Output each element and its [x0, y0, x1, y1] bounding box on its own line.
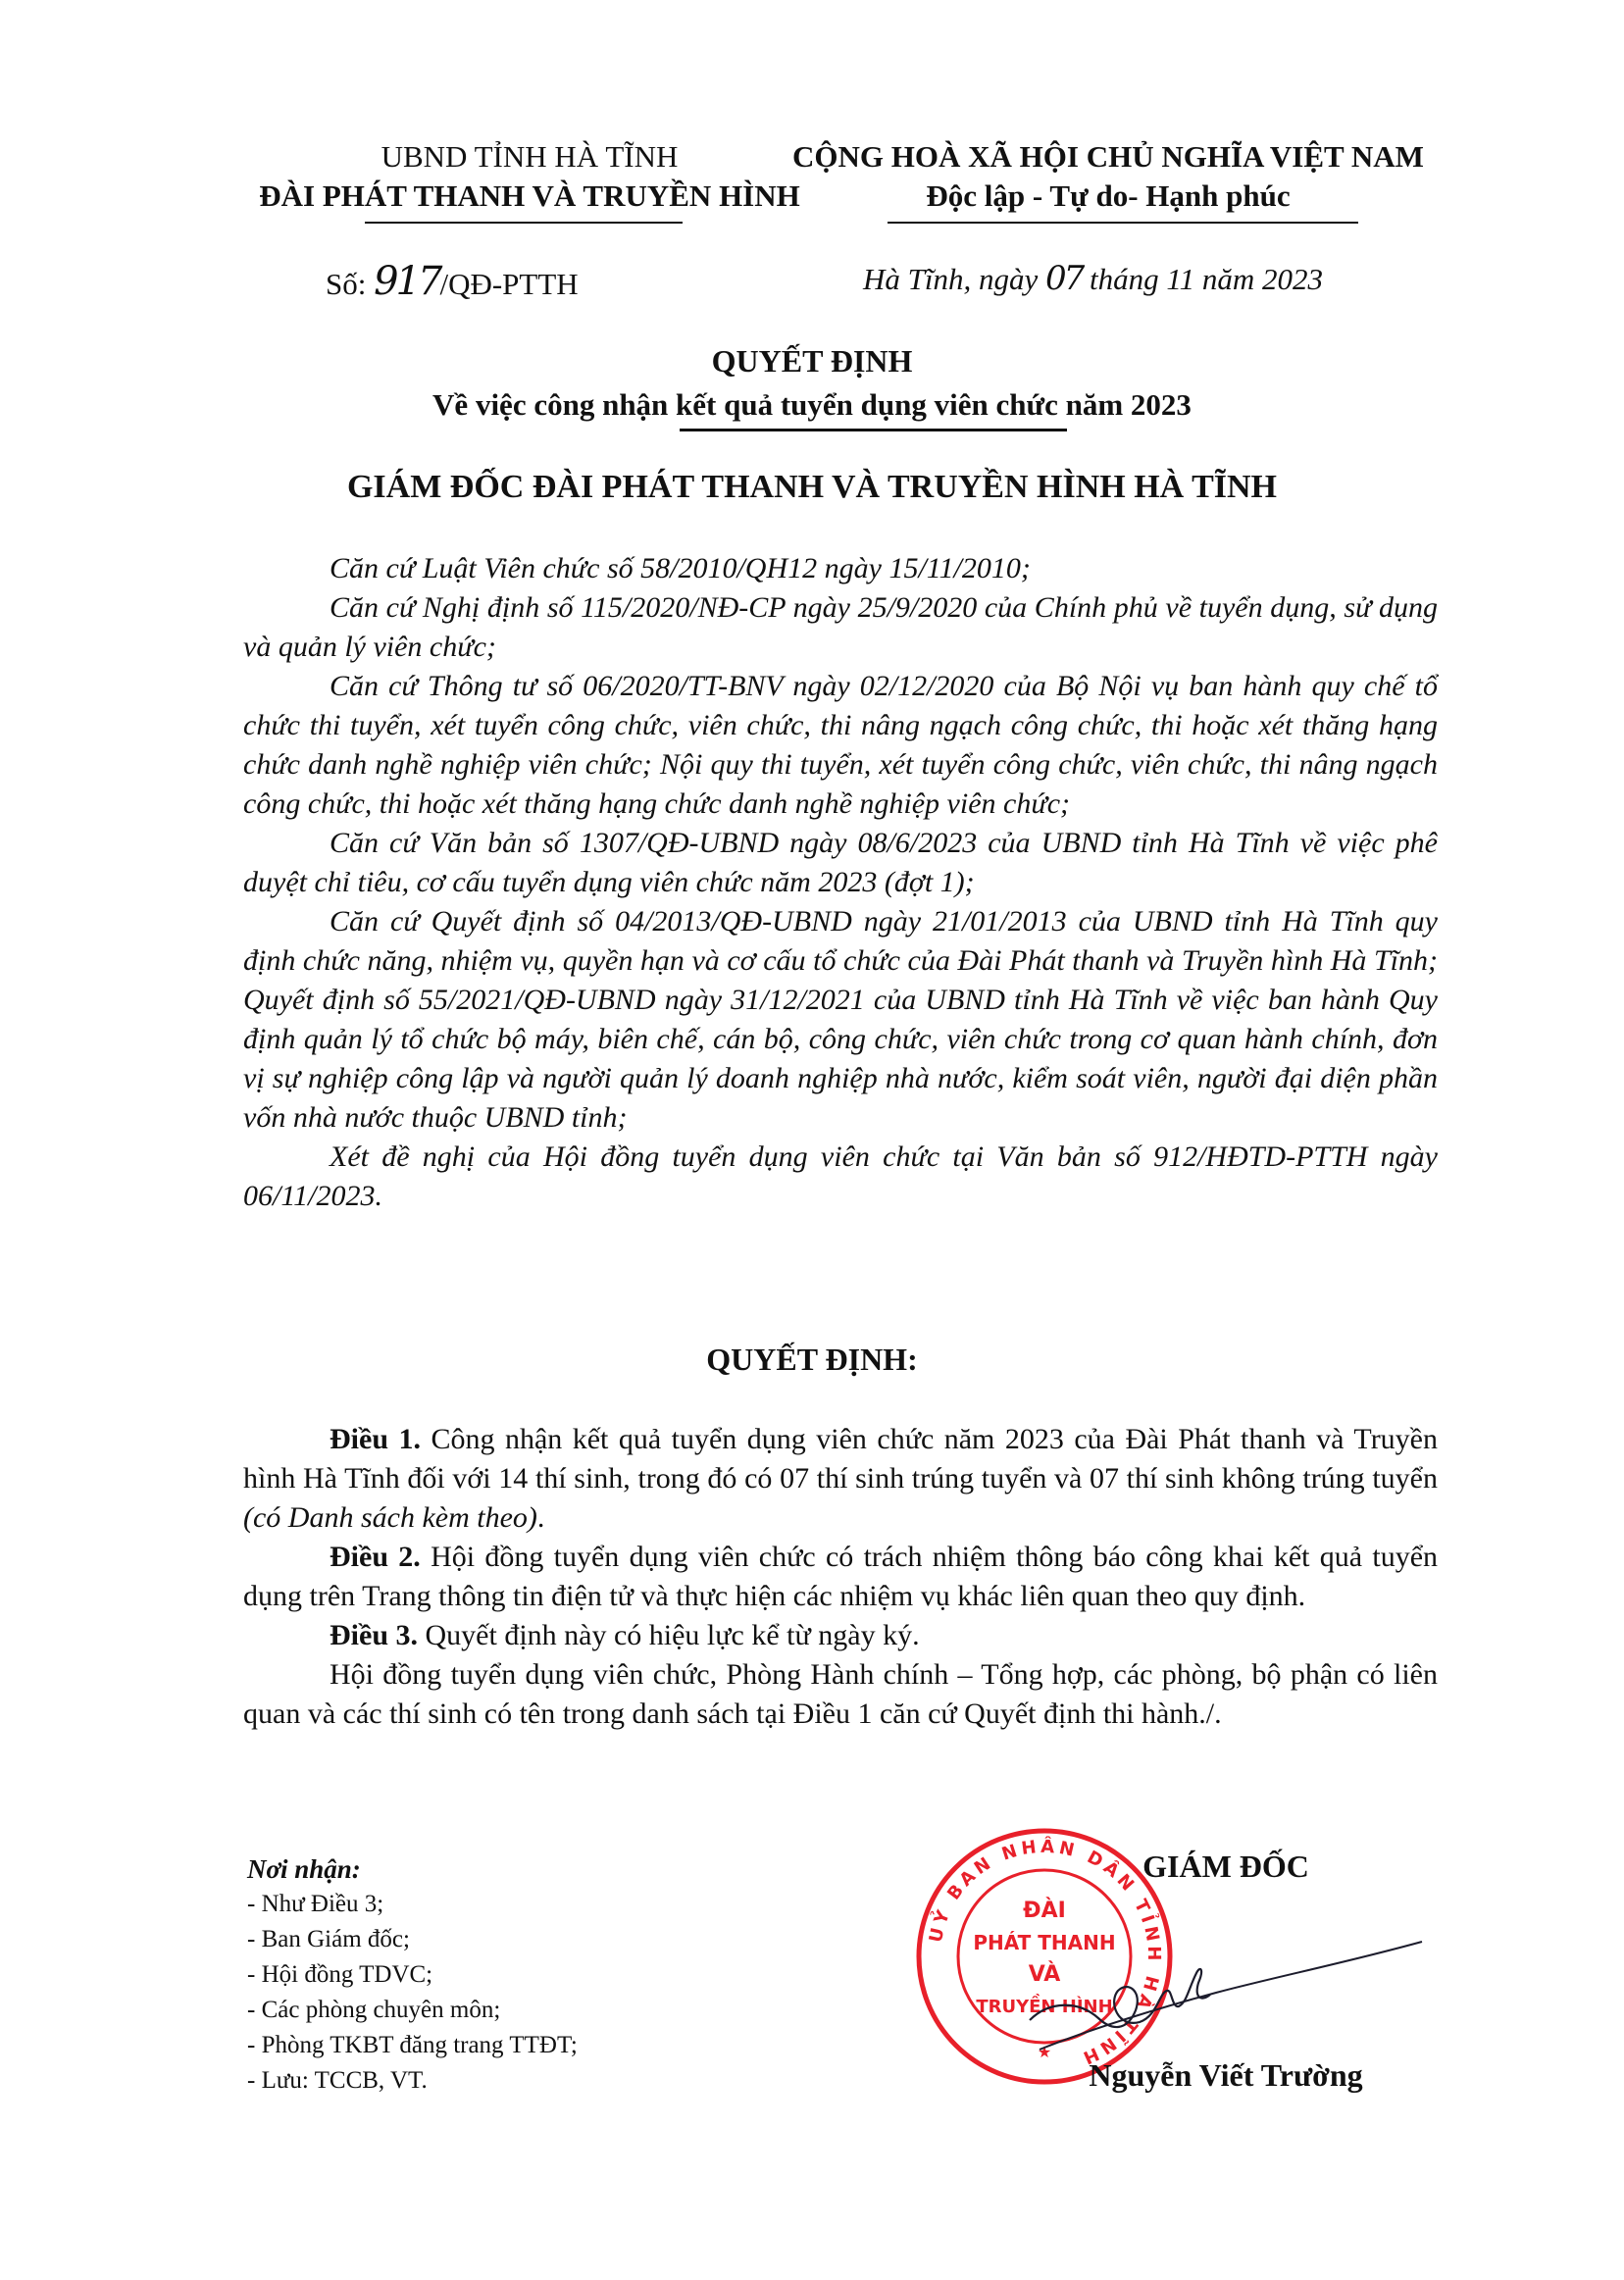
article-note: (có Danh sách kèm theo)	[243, 1501, 537, 1534]
document-number: Số: 917/QĐ-PTTH	[326, 259, 579, 304]
document-number-handwritten: 917	[374, 259, 439, 304]
article-end: .	[537, 1501, 545, 1534]
signer-name: Nguyễn Viết Trường	[971, 2057, 1481, 2094]
legal-basis-item: Căn cứ Quyết định số 04/2013/QĐ-UBND ngà…	[243, 902, 1438, 1138]
recipient-item: - Hội đồng TDVC;	[247, 1957, 578, 1993]
legal-basis-item: Căn cứ Luật Viên chức số 58/2010/QH12 ng…	[243, 549, 1438, 588]
document-date: Hà Tĩnh, ngày 07 tháng 11 năm 2023	[863, 259, 1323, 298]
recipients-block: Nơi nhận: - Như Điều 3; - Ban Giám đốc; …	[247, 1851, 578, 2099]
signer-title: GIÁM ĐỐC	[981, 1849, 1471, 1885]
article-label: Điều 3.	[330, 1619, 418, 1651]
recipient-item: - Lưu: TCCB, VT.	[247, 2063, 578, 2099]
recipient-item: - Như Điều 3;	[247, 1887, 578, 1922]
decision-heading: QUYẾT ĐỊNH:	[0, 1342, 1624, 1378]
execution-clause: Hội đồng tuyển dụng viên chức, Phòng Hàn…	[243, 1655, 1438, 1734]
motto-underline	[888, 222, 1358, 224]
subject-underline	[680, 429, 1067, 431]
parent-agency: UBND TỈNH HÀ TĨNH	[235, 137, 824, 177]
recipient-item: - Phòng TKBT đăng trang TTĐT;	[247, 2028, 578, 2063]
article-2: Điều 2. Hội đồng tuyển dụng viên chức có…	[243, 1538, 1438, 1616]
date-month-year: tháng 11 năm 2023	[1082, 262, 1323, 296]
legal-basis-item: Căn cứ Thông tư số 06/2020/TT-BNV ngày 0…	[243, 667, 1438, 824]
article-label: Điều 2.	[330, 1541, 421, 1573]
articles-section: Điều 1. Công nhận kết quả tuyển dụng viê…	[243, 1420, 1438, 1734]
issuing-authority: GIÁM ĐỐC ĐÀI PHÁT THANH VÀ TRUYỀN HÌNH H…	[0, 469, 1624, 506]
article-text: Quyết định này có hiệu lực kể từ ngày ký…	[418, 1619, 920, 1651]
legal-basis-section: Căn cứ Luật Viên chức số 58/2010/QH12 ng…	[243, 549, 1438, 1216]
document-type-title: QUYẾT ĐỊNH	[0, 343, 1624, 380]
issuing-agency-block: UBND TỈNH HÀ TĨNH ĐÀI PHÁT THANH VÀ TRUY…	[235, 137, 824, 216]
recipient-item: - Ban Giám đốc;	[247, 1922, 578, 1957]
national-motto-block: CỘNG HOÀ XÃ HỘI CHỦ NGHĨA VIỆT NAM Độc l…	[745, 137, 1471, 216]
national-motto: Độc lập - Tự do- Hạnh phúc	[745, 177, 1471, 216]
recipient-item: - Các phòng chuyên môn;	[247, 1993, 578, 2028]
date-day-handwritten: 07	[1045, 259, 1082, 298]
article-1: Điều 1. Công nhận kết quả tuyển dụng viê…	[243, 1420, 1438, 1538]
recipients-heading: Nơi nhận:	[247, 1851, 578, 1887]
agency-underline	[365, 222, 683, 224]
article-text: Hội đồng tuyển dụng viên chức có trách n…	[243, 1541, 1438, 1612]
national-title: CỘNG HOÀ XÃ HỘI CHỦ NGHĨA VIỆT NAM	[745, 137, 1471, 177]
document-subject: Về việc công nhận kết quả tuyển dụng viê…	[0, 387, 1624, 423]
document-number-prefix: Số:	[326, 267, 374, 301]
article-text: Công nhận kết quả tuyển dụng viên chức n…	[243, 1423, 1438, 1495]
legal-basis-item: Căn cứ Văn bản số 1307/QĐ-UBND ngày 08/6…	[243, 824, 1438, 902]
recipients-list: - Như Điều 3; - Ban Giám đốc; - Hội đồng…	[247, 1887, 578, 2099]
document-number-suffix: /QĐ-PTTH	[439, 267, 578, 301]
article-3: Điều 3. Quyết định này có hiệu lực kể từ…	[243, 1616, 1438, 1655]
date-prefix: Hà Tĩnh, ngày	[863, 262, 1045, 296]
legal-basis-item: Căn cứ Nghị định số 115/2020/NĐ-CP ngày …	[243, 588, 1438, 667]
article-label: Điều 1.	[330, 1423, 421, 1455]
issuing-agency: ĐÀI PHÁT THANH VÀ TRUYỀN HÌNH	[235, 177, 824, 216]
handwritten-signature-icon	[1020, 1912, 1432, 2059]
legal-basis-item: Xét đề nghị của Hội đồng tuyển dụng viên…	[243, 1138, 1438, 1216]
